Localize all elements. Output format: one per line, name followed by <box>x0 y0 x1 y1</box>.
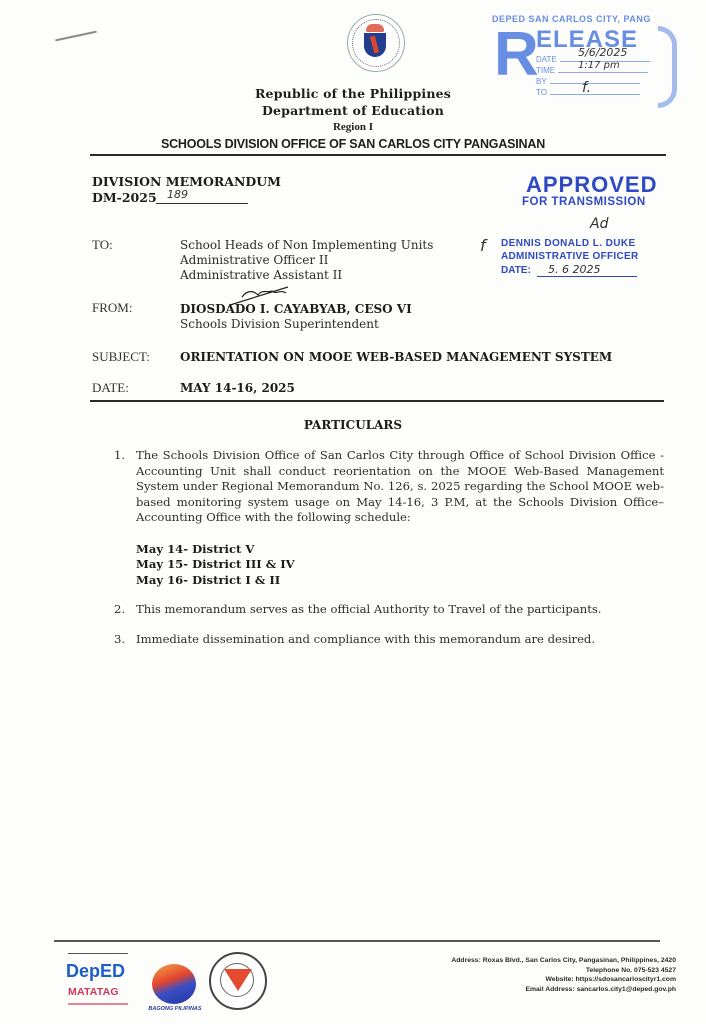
footer-divider <box>54 940 660 942</box>
schedule: May 14- District V May 15- District III … <box>136 542 664 589</box>
released-by-initial: f. <box>582 80 591 96</box>
stamp-to-label: TO <box>536 88 547 97</box>
region-heading: Region I <box>0 121 706 133</box>
recipient: Administrative Assistant II <box>180 268 342 282</box>
date-label: DATE: <box>92 380 129 396</box>
stamp-by-label: BY <box>536 77 547 86</box>
approved-date-label: DATE: <box>501 265 531 276</box>
approver-position: ADMINISTRATIVE OFFICER <box>501 251 639 262</box>
to-label: TO: <box>92 237 113 253</box>
approved-date-line <box>537 276 637 277</box>
schedule-entry: May 15- District III & IV <box>136 557 664 573</box>
footer-address: Address: Roxas Blvd., San Carlos City, P… <box>380 956 676 966</box>
item-number: 2. <box>114 602 136 618</box>
deped-logo-text: DepED <box>66 961 125 982</box>
approved-stamp-subtitle: FOR TRANSMISSION <box>522 196 646 208</box>
released-time-handwritten: 1:17 pm <box>578 60 620 71</box>
list-item: 1. The Schools Division Office of San Ca… <box>114 448 664 526</box>
from-label: FROM: <box>92 300 132 316</box>
schedule-entry: May 14- District V <box>136 542 664 558</box>
bagong-pilipinas-text: BAGONG PILIPINAS <box>144 1006 206 1012</box>
memo-number-prefix: DM-2025 <box>92 190 157 205</box>
approved-initial: Ad <box>590 216 608 232</box>
footer-website[interactable]: Website: https://sdosancarloscityr1.com <box>380 975 676 985</box>
subject-label: SUBJECT: <box>92 349 150 365</box>
matatag-logo-text: MATATAG <box>68 986 119 998</box>
list-item: 3. Immediate dissemination and complianc… <box>114 632 664 648</box>
released-stamp-r: R <box>494 24 539 86</box>
bagong-pilipinas-emblem-icon <box>152 964 196 1004</box>
footer-contact: Address: Roxas Blvd., San Carlos City, P… <box>380 956 676 994</box>
pen-mark <box>55 31 96 42</box>
stamp-time-label: TIME <box>536 66 555 75</box>
approved-prefix: f <box>480 236 486 255</box>
sdo-seal-triangle <box>224 969 252 991</box>
footer-email[interactable]: Email Address: sancarlos.city1@deped.gov… <box>380 985 676 995</box>
bagong-pilipinas-logo: BAGONG PILIPINAS <box>144 956 206 1016</box>
item-number: 3. <box>114 632 136 648</box>
memo-header-divider <box>90 400 664 402</box>
matatag-bar <box>68 1003 128 1005</box>
approver-name: DENNIS DONALD L. DUKE <box>501 238 636 249</box>
date-value: MAY 14-16, 2025 <box>180 381 295 395</box>
signature-icon <box>228 285 306 307</box>
deped-matatag-logo: DepED MATATAG <box>64 953 132 1013</box>
memo-type: DIVISION MEMORANDUM <box>92 174 281 189</box>
footer-telephone: Telephone No. 075-523 4527 <box>380 966 676 976</box>
memo-number-line <box>156 203 248 204</box>
seal-torch <box>366 24 384 32</box>
stamp-date-label: DATE <box>536 55 557 64</box>
seal-shield <box>364 33 386 57</box>
logo-bar <box>68 953 128 954</box>
recipient: School Heads of Non Implementing Units <box>180 238 433 252</box>
subject-value: ORIENTATION ON MOOE WEB-BASED MANAGEMENT… <box>180 350 612 364</box>
deped-seal-icon <box>347 14 405 72</box>
released-stamp-d <box>658 26 677 108</box>
item-number: 1. <box>114 448 136 526</box>
particulars-heading: PARTICULARS <box>0 418 706 432</box>
schedule-entry: May 16- District I & II <box>136 573 664 589</box>
approved-stamp-title: APPROVED <box>526 172 657 198</box>
approved-date-value: 5. 6 2025 <box>548 263 600 276</box>
memo-number-value: 189 <box>167 188 188 201</box>
header-divider <box>90 154 666 156</box>
item-text: Immediate dissemination and compliance w… <box>136 632 664 648</box>
office-heading: SCHOOLS DIVISION OFFICE OF SAN CARLOS CI… <box>0 137 706 151</box>
memo-body: 1. The Schools Division Office of San Ca… <box>114 448 664 647</box>
sender-title: Schools Division Superintendent <box>180 317 379 331</box>
recipient: Administrative Officer II <box>180 253 328 267</box>
sdo-seal-icon <box>209 952 267 1010</box>
item-text: This memorandum serves as the official A… <box>136 602 664 618</box>
list-item: 2. This memorandum serves as the officia… <box>114 602 664 618</box>
released-date-handwritten: 5/6/2025 <box>578 46 627 59</box>
item-text: The Schools Division Office of San Carlo… <box>136 448 664 526</box>
